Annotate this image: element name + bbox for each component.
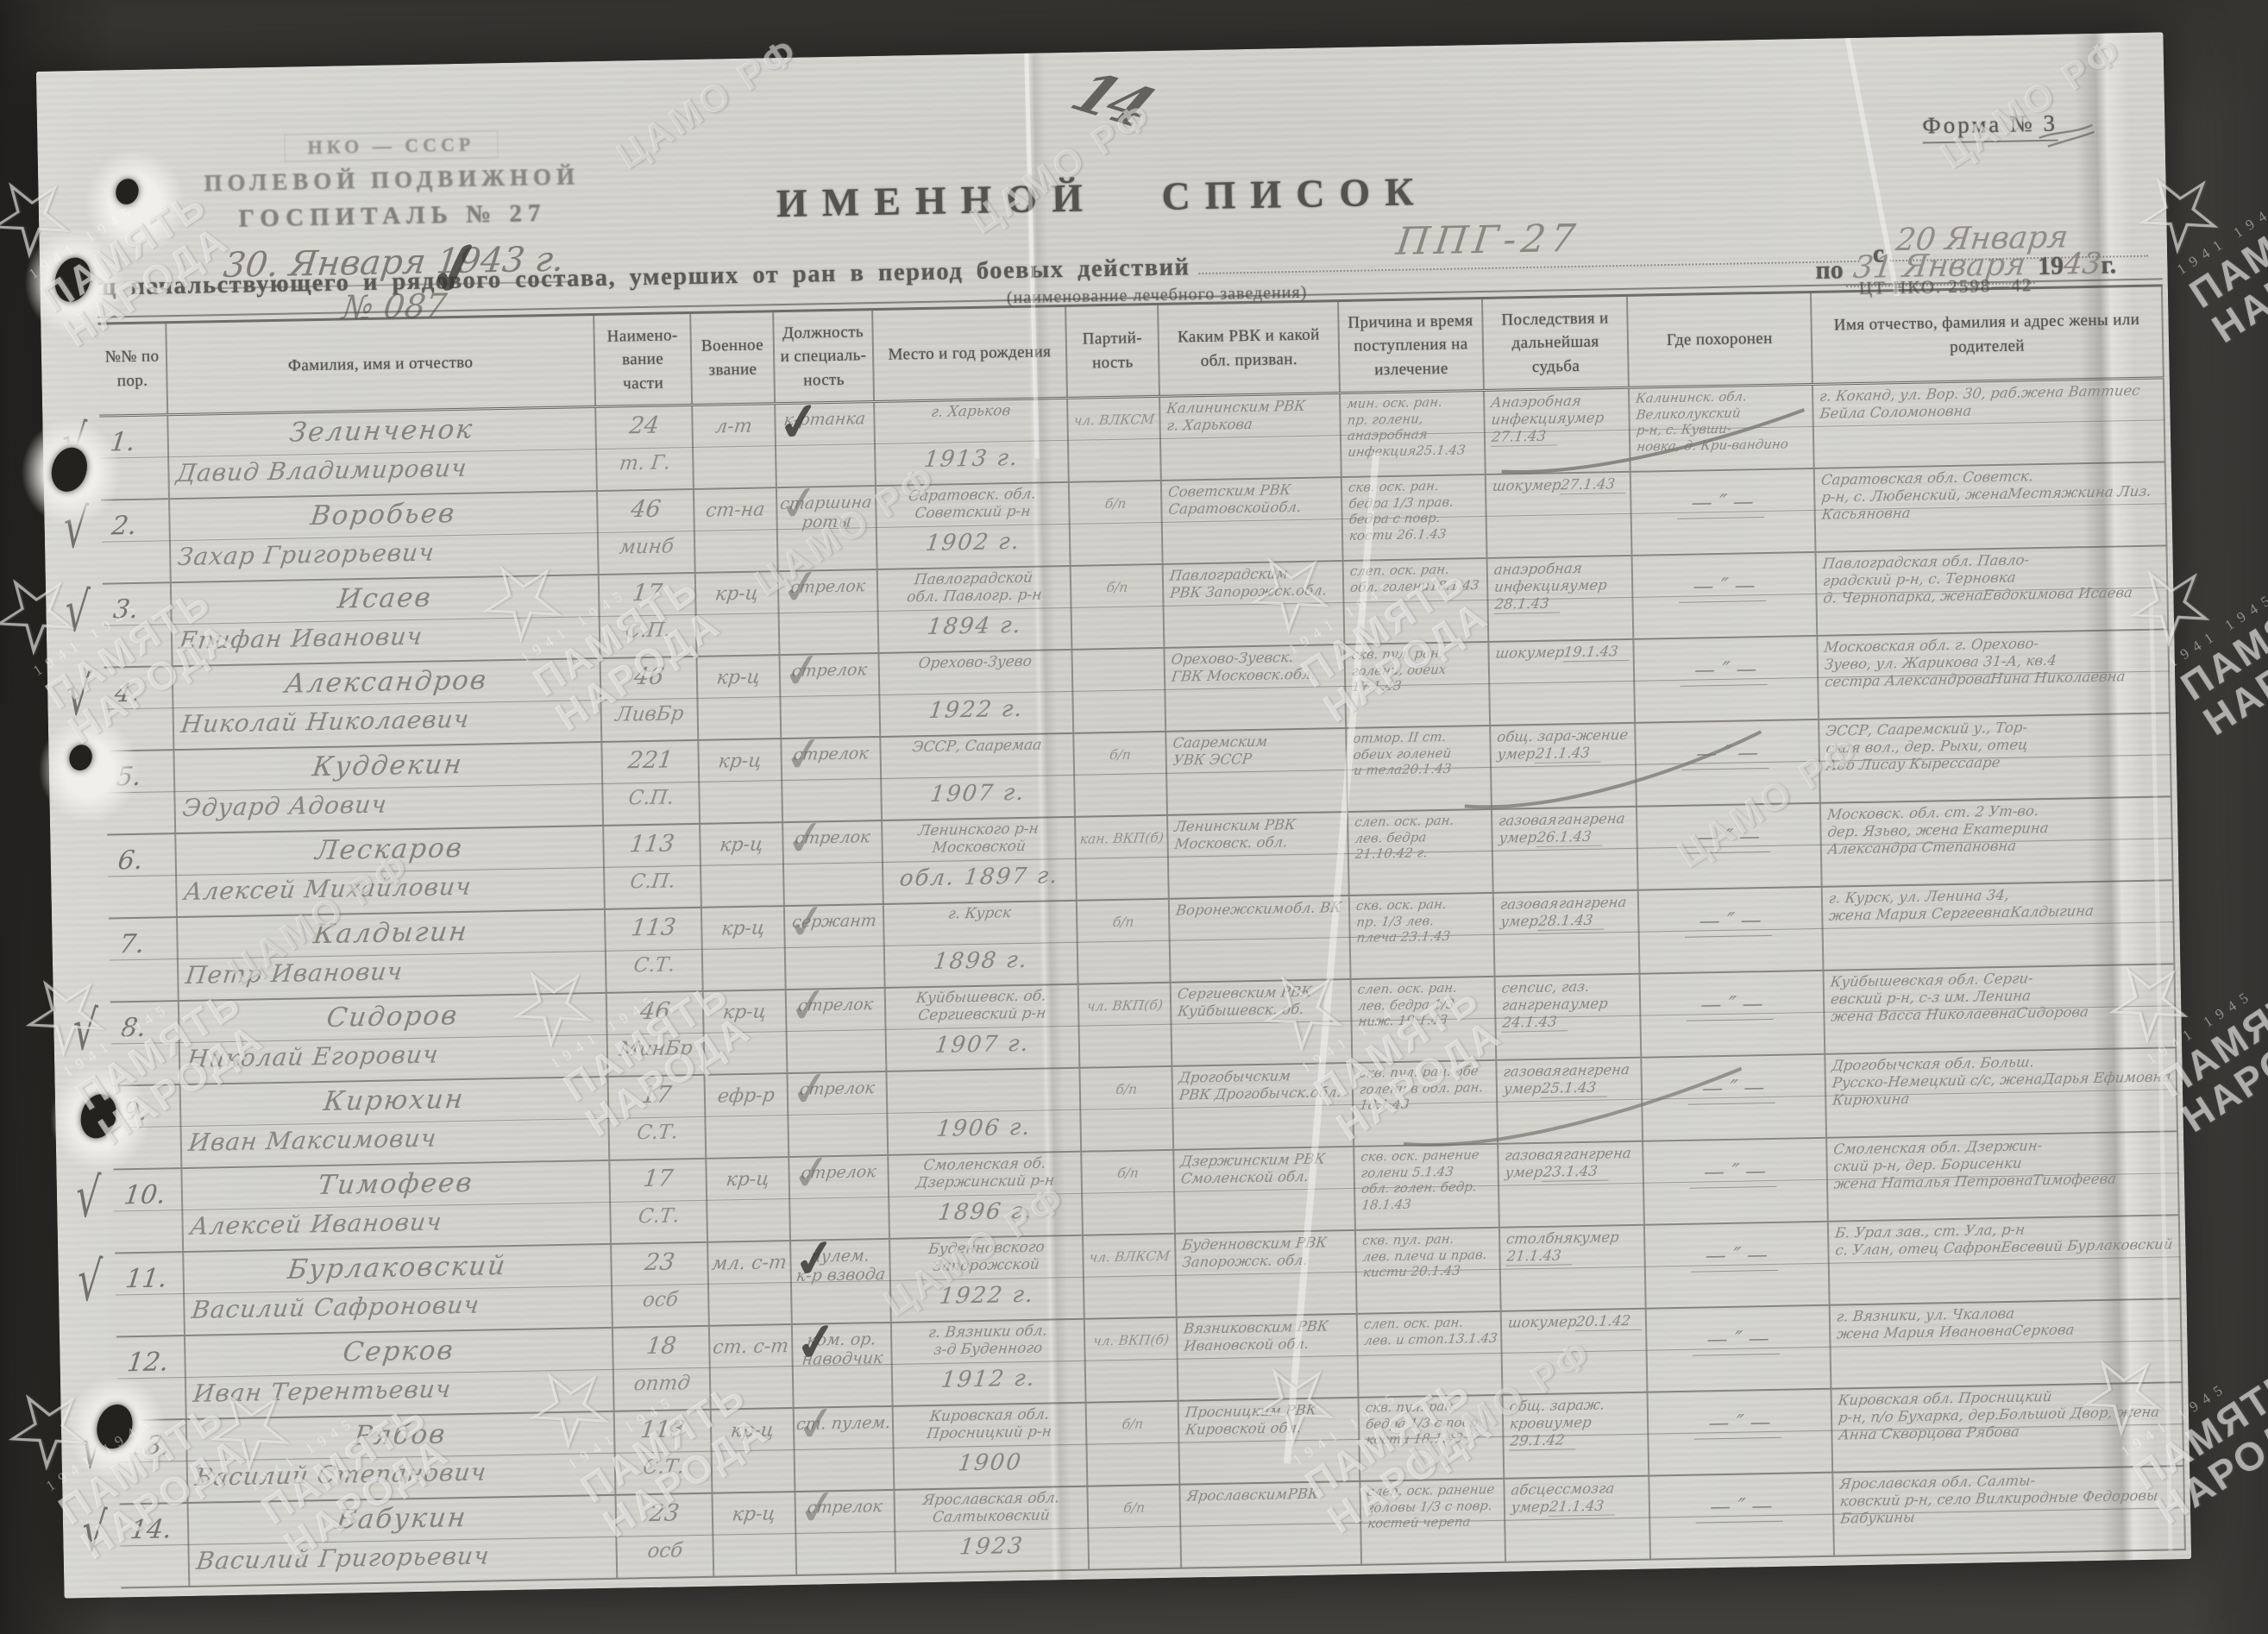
pencil-check-margin: √	[76, 1247, 104, 1317]
watermark-text: ПАМЯТЬНАРОДА	[2174, 572, 2268, 743]
burial-ditto-mark: — ″ —	[1643, 1158, 1827, 1185]
outcome-line: 28.1.43	[1494, 594, 1563, 613]
rank-handwritten: л-т	[692, 415, 776, 438]
family-line: сестра Александрова	[1824, 670, 1992, 690]
given-name-handwritten: Петр Иванович	[184, 957, 405, 990]
rvk-line: Просницким РВК	[1184, 1402, 1318, 1422]
rvk-handwritten: Вязниковским РВКИвановской обл.	[1184, 1317, 1354, 1354]
birthplace-handwritten: Саратовск. обл.Советский р-н	[876, 485, 1069, 523]
birth-line: Дзержинский р-н	[914, 1172, 1055, 1191]
rvk-handwritten: СааремскимУВК ЭССР	[1173, 732, 1344, 769]
cell-burial: — ″ —	[1632, 553, 1818, 638]
cause-line: слеп. оск. ран.	[1354, 814, 1454, 831]
pencil-check-duty: ✓	[776, 474, 823, 534]
outcome-line: общ. зара-	[1496, 727, 1577, 746]
pencil-check-duty: ✓	[774, 390, 825, 456]
given-name-handwritten: Епифан Иванович	[178, 622, 424, 655]
rank-handwritten: кр-ц	[700, 833, 783, 857]
party-handwritten: б/п	[1071, 579, 1164, 596]
ditto-text: — ″ —	[1692, 1242, 1781, 1273]
cell-name: БурлаковскийВасилий Сафронович	[184, 1245, 613, 1335]
cell-name: КирюхинИван Максимович	[181, 1078, 610, 1167]
cell-name: ТимофеевАлексей Иванович	[183, 1161, 612, 1251]
family-line: Адо Лисау Кырессааре	[1825, 754, 2001, 775]
outcome-line: гангрена	[1556, 810, 1626, 828]
cell-party: чл. ВКП(б)	[1085, 1318, 1179, 1402]
cell-party: б/п	[1080, 1067, 1174, 1151]
cell-rvk: Сергиевским РВККуйбышевск. об.	[1172, 980, 1353, 1065]
family-line: Евсевий Бурлаковский	[2000, 1235, 2173, 1256]
cause-line: бедра с повр.	[1348, 511, 1441, 528]
outcome-handwritten: газоваягангренаумер26.1.43	[1498, 810, 1634, 847]
cell-outcome: анаэробнаяинфекцияумер28.1.43	[1488, 556, 1634, 641]
cell-rvk: ПавлоградскимРВК Запорожск.обл.	[1164, 562, 1345, 647]
burial-line: вандино	[1731, 437, 1789, 454]
cell-name: СерковИван Терентьевич	[185, 1329, 614, 1418]
entry-number: 7.	[117, 929, 146, 960]
cell-rvk: Советским РВКСаратовскойобл.	[1162, 478, 1343, 563]
outcome-line: газовая	[1498, 811, 1558, 829]
family-line: Сидорова	[2015, 1003, 2089, 1021]
cell-party: б/п	[1077, 900, 1172, 984]
cell-cause: скв. оск. ран.пр. 1/3 лев.плеча 23.1.43	[1350, 894, 1496, 978]
outcome-line: 21.1.43	[1506, 1247, 1575, 1266]
family-line: родные Федоровы	[2020, 1487, 2158, 1507]
outcome-handwritten: Анаэробнаяинфекцияумер27.1.43	[1491, 392, 1627, 446]
entry-number: 3.	[111, 594, 140, 625]
entry-number: 8.	[119, 1013, 148, 1044]
cause-line: скв. оск. ранение	[1360, 1147, 1480, 1165]
unit-number: 46	[606, 997, 704, 1026]
cell-name: РябовВасилий Степанович	[187, 1412, 616, 1502]
given-name-handwritten: Василий Степанович	[193, 1458, 488, 1492]
outcome-handwritten: общ. зараж.кровиумер29.1.42	[1510, 1396, 1646, 1450]
outcome-handwritten: газоваягангренаумер28.1.43	[1500, 894, 1636, 931]
cell-unit: 23осб	[616, 1494, 714, 1578]
cause-line: голени, обеих	[1351, 663, 1447, 680]
unit-number: 17	[607, 1081, 706, 1109]
outcome-line: анаэробная	[1493, 560, 1583, 579]
burial-ditto-mark: — ″ —	[1637, 823, 1821, 851]
birth-year-handwritten: 1906 г.	[887, 1114, 1081, 1143]
watermark-text: ПАМЯТЬНАРОДА	[2183, 179, 2268, 350]
outcome-line: гангрена	[1558, 894, 1628, 912]
family-line: жена Ваттиес	[2020, 382, 2141, 401]
cell-duty: ✓стрелок	[787, 989, 888, 1072]
surname-handwritten: Александров	[172, 663, 601, 701]
cell-rvk: Дзержинским РВКСмоленской обл.	[1175, 1147, 1356, 1233]
party-handwritten: б/п	[1073, 746, 1166, 764]
cell-burial: — ″ —	[1639, 888, 1825, 973]
family-line: Александра Степановна	[1827, 837, 2018, 858]
rvk-handwritten: Калининским РВКг. Харькова	[1167, 397, 1338, 434]
entry-number: 4.	[113, 678, 141, 709]
cause-handwritten: скв. пул. ран.лев. плеча и прав.кисти 20…	[1362, 1231, 1498, 1282]
outcome-line: умер	[1537, 1313, 1577, 1331]
rvk-line: Кировской обл.	[1184, 1419, 1303, 1438]
party-handwritten: чл. ВКП(б)	[1084, 1332, 1178, 1349]
family-line: жена Наталья Петровна	[1833, 1172, 2034, 1192]
cause-line: головы 1/3 с повр.	[1366, 1499, 1493, 1516]
surname-handwritten: Зелинченок	[167, 412, 597, 450]
cell-outcome: газоваягангренаумер25.1.43	[1498, 1059, 1643, 1143]
column-header-6: Партий- ность	[1066, 305, 1161, 397]
cell-rank: кр-ц	[712, 1409, 795, 1493]
outcome-line: жение	[1575, 726, 1629, 745]
cause-line: скв. пул. ран. обе	[1358, 1064, 1479, 1081]
rvk-line: Саратовской	[1168, 499, 1272, 518]
burial-ditto-mark: — ″ —	[1644, 1241, 1829, 1269]
ditto-text: — ″ —	[1696, 1493, 1786, 1524]
outcome-line: умер	[1580, 1229, 1620, 1247]
outcome-line: 27.1.43	[1560, 475, 1629, 494]
birth-year-handwritten: 1902 г.	[876, 528, 1070, 557]
family-line: жена Васса Николаевна	[1830, 1004, 2018, 1025]
outcome-line: 23.1.43	[1542, 1162, 1611, 1181]
cell-birth: Ленинского р-нМосковскойобл. 1897 г.	[883, 818, 1077, 903]
cause-line: 25.1.43	[1415, 443, 1466, 459]
unit-abbrev: осб	[611, 1288, 709, 1312]
family-handwritten: г. Вязники, ул. Чкаловажена Мария Иванов…	[1837, 1302, 2179, 1342]
cell-number: 7.	[109, 918, 179, 1001]
rvk-line: обл. ВК	[1284, 899, 1342, 917]
punch-hole	[64, 1372, 169, 1486]
cause-line: и тела	[1353, 763, 1403, 779]
cell-burial: — ″ —	[1647, 1306, 1832, 1392]
cell-cause: слеп. оск. ран.обл. голени18.1.43	[1343, 559, 1489, 644]
cell-name: ЛескаровАлексей Михайлович	[176, 826, 605, 916]
rvk-handwritten: ПавлоградскимРВК Запорожск.обл.	[1170, 564, 1341, 601]
cell-rvk: Ленинским РВКМосковск. обл.	[1168, 813, 1349, 898]
rvk-line: Калининским РВК	[1166, 398, 1307, 418]
outcome-line: умер	[1498, 829, 1538, 847]
cause-line: кости 18.1.43	[1365, 1431, 1463, 1449]
cell-cause: скв. пул. ран.голени, обеих17.1.43	[1345, 643, 1491, 727]
cell-rank: ст-на	[694, 488, 778, 572]
column-header-9: Последствия и дальнейшая судьба	[1483, 297, 1629, 389]
cell-burial: — ″ —	[1643, 1139, 1829, 1224]
cell-outcome: газоваягангренаумер26.1.43	[1492, 808, 1638, 892]
birth-line: г. Харьков	[930, 402, 1011, 421]
family-handwritten: Павлоградская обл. Павло-градский р-н, с…	[1823, 549, 2165, 606]
unit-number: 23	[615, 1499, 713, 1528]
rvk-line: Московск. обл.	[1174, 833, 1289, 852]
surname-handwritten: Воробьев	[168, 495, 598, 534]
outcome-line: инфекция	[1491, 410, 1567, 428]
cell-family: ЭССР, Сааремский у., Тор-ская вол., дер.…	[1819, 713, 2172, 802]
burial-line: р-н, с. Кувши-	[1636, 422, 1732, 439]
cell-outcome: шокумер19.1.43	[1490, 640, 1636, 725]
rvk-line: ГВК Московск.	[1171, 666, 1285, 685]
cause-line: пр. голени,	[1346, 412, 1423, 428]
burial-line: Калининск. обл.	[1635, 389, 1748, 406]
rank-handwritten: кр-ц	[711, 1419, 795, 1442]
cell-rvk: Вязниковским РВКИвановской обл.	[1178, 1315, 1359, 1400]
outcome-handwritten: шокумер20.1.42	[1508, 1312, 1643, 1333]
cell-name: БабукинВасилий Григорьевич	[189, 1496, 618, 1586]
cell-duty: ✓стрелок	[789, 1156, 890, 1240]
rank-handwritten: ст. с-т	[709, 1335, 793, 1359]
birth-line: Советский р-н	[914, 503, 1032, 523]
cause-line: плеча 23.1.43	[1355, 929, 1451, 946]
birth-line: г. Курск	[947, 904, 1012, 922]
outcome-line: умер	[1566, 409, 1605, 427]
rvk-handwritten: Просницким РВККировской обл.	[1185, 1401, 1356, 1438]
pencil-check-margin: √	[64, 578, 91, 647]
cell-unit: 23осб	[612, 1243, 710, 1327]
cause-handwritten: слеп. оск. ран.обл. голени18.1.43	[1349, 562, 1485, 596]
family-handwritten: Ярославская обл. Салты-ковский р-н, село…	[1839, 1469, 2182, 1527]
column-header-2: Наимено- вание части	[594, 314, 693, 405]
outcome-line: абсцесс	[1511, 1480, 1572, 1499]
cell-birth: г. Курск1898 г.	[884, 902, 1079, 987]
rvk-line: Орехово-Зуевск.	[1171, 649, 1295, 668]
cell-rvk: Буденновским РВКЗапорожск. обл.	[1176, 1231, 1357, 1317]
unit-abbrev: ЛивБр	[600, 702, 699, 726]
cell-burial: — ″ —	[1648, 1390, 1833, 1475]
cell-outcome: Анаэробнаяинфекцияумер27.1.43	[1485, 389, 1630, 474]
ditto-text: — ″ —	[1681, 657, 1770, 687]
cell-outcome: шокумер27.1.43	[1486, 473, 1632, 557]
outcome-handwritten: анаэробнаяинфекцияумер28.1.43	[1494, 559, 1630, 613]
family-line: Большой Двор, жена	[1998, 1403, 2161, 1423]
ditto-text: — ″ —	[1682, 740, 1772, 770]
outcome-line: 28.1.43	[1537, 911, 1606, 930]
watermark-line1: ПАМЯТЬ	[2174, 572, 2268, 708]
rank-handwritten: кр-ц	[697, 666, 781, 689]
rvk-handwritten: Сергиевским РВККуйбышевск. об.	[1178, 983, 1348, 1020]
family-line: Серкова	[2011, 1321, 2076, 1339]
surname-handwritten: Рябов	[185, 1416, 615, 1455]
cell-outcome: общ. зара-жениеумер21.1.43	[1491, 724, 1637, 808]
birth-year-handwritten: 1894 г.	[877, 612, 1071, 641]
cell-birth: БуденновскогоЗапорожской1922 г.	[890, 1236, 1085, 1322]
birthplace-handwritten: г. Харьков	[875, 401, 1066, 422]
watermark-years: 1941 1945	[2174, 163, 2268, 279]
rank-handwritten: кр-ц	[706, 1168, 789, 1191]
party-handwritten: б/п	[1080, 1081, 1173, 1098]
family-handwritten: Б. Урал зав., ст. Ула, р-нс. Улан, отец …	[1835, 1218, 2177, 1259]
outcome-line: умер	[1525, 644, 1565, 662]
cell-cause: слеп. оск. ранениеголовы 1/3 с повр.кост…	[1360, 1480, 1506, 1564]
outcome-line: инфекция	[1493, 577, 1570, 595]
cell-name: ЗелинченокДавид Владимирович	[168, 408, 597, 498]
entry-number: 11.	[124, 1263, 169, 1294]
birth-year-handwritten: 1922 г.	[889, 1281, 1084, 1310]
birthplace-handwritten: Кировская обл.Просницкий р-н	[894, 1405, 1086, 1443]
cell-birth: Кировская обл.Просницкий р-н1900	[894, 1404, 1089, 1489]
birthplace-handwritten: Павлоградскойобл. Павлогр. р-н	[878, 569, 1071, 606]
cause-line: 18.1.43	[1360, 1197, 1411, 1214]
cell-unit: 18оптд	[613, 1327, 712, 1411]
cell-party: б/п	[1071, 565, 1165, 649]
cause-line: слеп. оск. ран.	[1348, 562, 1449, 580]
unit-number: 24	[594, 412, 693, 440]
rvk-line: РВК Дрогобычск.	[1178, 1084, 1311, 1104]
birth-year-handwritten: 1923	[895, 1532, 1089, 1562]
burial-ditto-mark: — ″ —	[1633, 656, 1818, 683]
cell-rank: л-т	[693, 405, 776, 488]
cell-burial: — ″ —	[1649, 1474, 1835, 1559]
burial-ditto-mark: — ″ —	[1635, 739, 1819, 767]
ditto-text: — ″ —	[1685, 908, 1775, 938]
outcome-line: 21.1.43	[1534, 744, 1603, 763]
birth-line: Орехово-Зуево	[918, 653, 1033, 673]
outcome-line: столбняк	[1505, 1229, 1582, 1247]
unit-abbrev: С.Т.	[614, 1455, 713, 1480]
page-number-scribble: 14	[1060, 60, 1162, 139]
ditto-text: — ″ —	[1687, 991, 1776, 1021]
family-line: Дарья Ефимовна	[2041, 1068, 2171, 1088]
cell-unit: 17С.Т.	[608, 1076, 707, 1160]
rvk-line: Сааремским	[1172, 733, 1269, 752]
family-handwritten: Дрогобычская обл. Больш.Русско-Немецкий …	[1831, 1051, 2174, 1109]
rank-handwritten: кр-ц	[703, 1001, 787, 1024]
party-handwritten: б/п	[1086, 1416, 1179, 1433]
rvk-handwritten: Ленинским РВКМосковск. обл.	[1175, 815, 1346, 852]
surname-handwritten: Калдыгин	[176, 914, 606, 952]
cell-burial: — ″ —	[1637, 804, 1823, 889]
cell-cause: скв. пул. ран.бедра 1/3 с повр.кости 18.…	[1359, 1396, 1505, 1480]
cell-burial: Калининск. обл.Великолукскийр-н, с. Кувш…	[1630, 386, 1815, 471]
birth-year-handwritten: 1898 г.	[883, 946, 1077, 976]
ditto-text: — ″ —	[1677, 489, 1767, 519]
rvk-line: Ярославским	[1186, 1486, 1289, 1505]
cell-cause: скв. оск. ранениеголени 5.1.43обл. голен…	[1354, 1145, 1500, 1229]
cell-unit: 46МинБр	[606, 992, 705, 1076]
ditto-text: — ″ —	[1690, 1159, 1780, 1189]
outcome-line: гангрена	[1501, 996, 1571, 1014]
birthplace-handwritten: Ярославская обл.Салтыковский	[895, 1489, 1087, 1527]
cell-party: б/п	[1082, 1151, 1176, 1235]
cause-handwritten: слеп. оск. ран.лев. бедра21.10.42 г.	[1354, 813, 1491, 864]
cell-party: б/п	[1074, 732, 1168, 816]
unit-abbrev: минб	[597, 535, 695, 559]
period-to-label: по	[1815, 255, 1844, 286]
party-handwritten: б/п	[1069, 495, 1162, 512]
outcome-line: шок	[1507, 1314, 1540, 1332]
pencil-check-duty: ✓	[783, 892, 831, 952]
rank-handwritten: ст-на	[694, 499, 777, 522]
cell-burial: — ″ —	[1645, 1222, 1831, 1308]
cause-line: бедра 1/3 с повр.	[1365, 1415, 1483, 1432]
surname-handwritten: Кирюхин	[179, 1081, 609, 1120]
birth-year-handwritten: 1907 г.	[881, 779, 1075, 808]
cell-birth: г. Вязники обл.з-д Буденного1912 г.	[892, 1320, 1087, 1405]
watermark-line1: ПАМЯТЬ	[2183, 179, 2268, 316]
cause-handwritten: скв. оск. ран.пр. 1/3 лев.плеча 23.1.43	[1356, 896, 1492, 947]
rvk-line: УВК ЭССР	[1172, 751, 1253, 770]
cause-line: кисти 20.1.43	[1362, 1264, 1461, 1281]
rvk-handwritten: ДрогобычскимРВК Дрогобычск.обл.	[1179, 1066, 1350, 1103]
unit-abbrev: МинБр	[606, 1037, 705, 1061]
family-line: г. Коканд, ул. Вор. 30, раб.	[1819, 384, 2022, 405]
birthplace-handwritten: БуденновскогоЗапорожской	[890, 1238, 1083, 1276]
paper-tear	[82, 147, 187, 261]
cell-duty: ✓ст. пулем.	[795, 1407, 895, 1491]
ditto-text: — ″ —	[1693, 1326, 1782, 1356]
cell-duty: ✓стрелок	[783, 821, 884, 905]
cell-duty: ✓стрелок	[788, 1072, 889, 1156]
family-handwritten: Кировская обл. Просницкийр-н, п/о Бухарк…	[1838, 1386, 2180, 1443]
surname-handwritten: Серков	[184, 1332, 613, 1371]
birth-line: ЭССР, Сааремаа	[911, 737, 1042, 757]
rvk-line: Куйбышевск. об.	[1177, 1001, 1305, 1021]
cell-number: 3.√	[103, 583, 173, 666]
cell-outcome: общ. зараж.кровиумер29.1.42	[1504, 1393, 1649, 1478]
outcome-line: шок	[1492, 477, 1524, 495]
burial-line: новка, д. Кри-	[1636, 438, 1732, 456]
given-name-handwritten: Николай Егорович	[185, 1040, 440, 1072]
cell-birth: Ярославская обл.Салтыковский1923	[895, 1487, 1090, 1573]
pencil-check-duty: ✓	[791, 1310, 842, 1376]
cell-rvk: Воронежскимобл. ВК	[1170, 896, 1351, 982]
rvk-line: Ивановской обл.	[1184, 1335, 1310, 1355]
family-handwritten: Московск. обл. ст. 2 Ут-во.дер. Язьво, ж…	[1827, 800, 2170, 858]
birth-year-handwritten: 1912 г.	[891, 1365, 1085, 1394]
outcome-handwritten: сепсис, газ.гангренаумер24.1.43	[1502, 977, 1638, 1032]
cell-party: б/п	[1070, 481, 1164, 565]
cause-line: скв. пул. ран.	[1364, 1399, 1457, 1417]
cell-unit: 17С.П.	[599, 574, 697, 657]
year-handwritten: 43	[2062, 247, 2103, 282]
cell-family: Ярославская обл. Салты-ковский р-н, село…	[1833, 1467, 2186, 1555]
cell-birth: ЭССР, Сааремаа1907 г.	[881, 734, 1076, 820]
cell-party	[1072, 649, 1166, 732]
unit-abbrev: С.Т.	[610, 1204, 708, 1229]
year-suffix: г.	[2101, 250, 2116, 280]
cause-line: кости 26.1.43	[1348, 527, 1447, 544]
unit-abbrev: т. Г.	[596, 451, 694, 475]
cell-rank: кр-ц	[696, 572, 780, 656]
pencil-check-duty: ✓	[785, 976, 832, 1036]
unit-number: 113	[602, 830, 701, 858]
family-line: Анна Скворцова Рябова	[1838, 1423, 2020, 1443]
outcome-line: газовая	[1504, 1146, 1564, 1164]
cell-birth: Куйбышевск. об.Сергиевский р-н1907 г.	[886, 985, 1081, 1071]
surname-handwritten: Куддекин	[173, 746, 603, 785]
cell-name: КуддекинЭдуард Адович	[175, 743, 604, 833]
cell-unit: 46ЛивБр	[600, 657, 699, 741]
cell-party: чл. ВКП(б)	[1078, 984, 1172, 1067]
rank-handwritten: мл. с-т	[707, 1252, 791, 1275]
family-handwritten: Смоленская обл. Дзержин-ский р-н, дер. Б…	[1833, 1134, 2176, 1192]
cell-rank: кр-ц	[713, 1493, 797, 1576]
outcome-line: шок	[1495, 644, 1528, 663]
cell-birth: 1906 г.	[887, 1069, 1082, 1154]
family-handwritten: ЭССР, Сааремский у., Тор-ская вол., дер.…	[1825, 716, 2168, 774]
cell-family: Московск. обл. ст. 2 Ут-во.дер. Язьво, ж…	[1821, 797, 2174, 886]
pencil-check-duty: ✓	[781, 725, 828, 785]
rvk-line: Дрогобычским	[1178, 1067, 1292, 1086]
family-line: р-н, с. Любенский, жена	[1820, 486, 2009, 506]
pencil-check-duty: ✓	[779, 641, 826, 701]
cause-line: обл. голен. бедр.	[1360, 1180, 1478, 1197]
birth-line: Сергиевский р-н	[917, 1005, 1047, 1025]
unit-abbrev: С.Т.	[608, 1121, 707, 1145]
burial-handwritten: Калининск. обл.Великолукскийр-н, с. Кувш…	[1636, 388, 1811, 456]
cell-birth: Смоленская об.Дзержинский р-н1896 г.	[889, 1153, 1084, 1238]
birth-year-handwritten: обл. 1897 г.	[882, 863, 1076, 892]
cause-handwritten: скв. пул. ран.голени, обеих17.1.43	[1351, 645, 1487, 696]
cell-duty: ✓стрелок	[781, 654, 882, 738]
rvk-line: РВК Запорожск.	[1169, 582, 1297, 602]
cause-handwritten: скв. оск. ранениеголени 5.1.43обл. голен…	[1360, 1147, 1497, 1215]
outcome-line: умер	[1569, 995, 1609, 1013]
cell-outcome: газоваягангренаумер28.1.43	[1494, 891, 1640, 976]
given-name-handwritten: Алексей Иванович	[189, 1207, 444, 1240]
punch-hole	[47, 1062, 153, 1176]
